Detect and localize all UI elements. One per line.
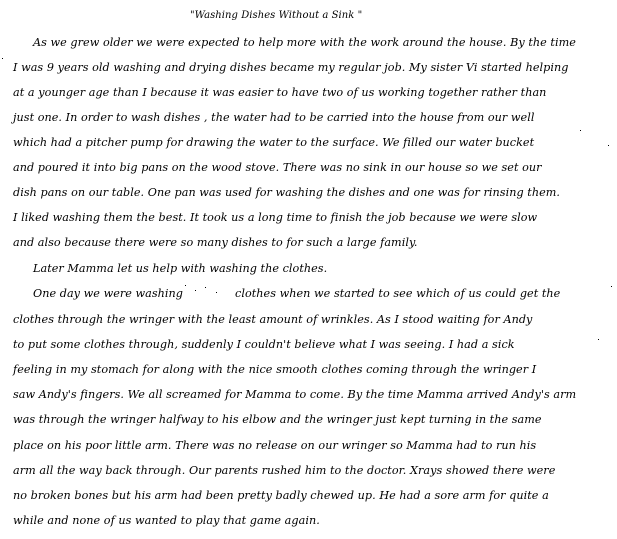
scan-speck — [611, 286, 612, 287]
text-line: place on his poor little arm. There was … — [13, 439, 536, 452]
scan-speck — [216, 292, 217, 293]
text-line: just one. In order to wash dishes , the … — [13, 111, 534, 124]
scan-speck — [608, 145, 609, 146]
document-title: "Washing Dishes Without a Sink " — [190, 10, 362, 21]
text-line: clothes through the wringer with the lea… — [13, 313, 532, 326]
text-line: was through the wringer halfway to his e… — [13, 413, 542, 426]
text-line: and poured it into big pans on the wood … — [13, 161, 542, 174]
scan-speck — [205, 287, 206, 288]
text-line: I was 9 years old washing and drying dis… — [13, 61, 568, 74]
text-line: One day we were washingclothes when we s… — [33, 287, 560, 300]
text-line: no broken bones but his arm had been pre… — [13, 489, 549, 502]
scan-speck — [580, 130, 581, 131]
text-line-end: clothes when we started to see which of … — [235, 287, 560, 300]
text-line: at a younger age than I because it was e… — [13, 86, 546, 99]
text-line: which had a pitcher pump for drawing the… — [13, 136, 534, 149]
text-line: and also because there were so many dish… — [13, 236, 417, 249]
text-line: while and none of us wanted to play that… — [13, 514, 320, 527]
scan-speck — [598, 339, 599, 340]
handwritten-document-page: "Washing Dishes Without a Sink " As we g… — [0, 0, 617, 539]
text-line: feeling in my stomach for along with the… — [13, 363, 536, 376]
scan-speck — [2, 58, 3, 59]
scan-speck — [195, 290, 196, 291]
text-line: arm all the way back through. Our parent… — [13, 464, 555, 477]
text-line-start: One day we were washing — [33, 287, 183, 300]
text-line: saw Andy's fingers. We all screamed for … — [13, 388, 576, 401]
scan-speck — [185, 285, 186, 286]
text-line: to put some clothes through, suddenly I … — [13, 338, 515, 351]
text-line: dish pans on our table. One pan was used… — [13, 186, 560, 199]
text-line: Later Mamma let us help with washing the… — [33, 262, 327, 275]
text-line: I liked washing them the best. It took u… — [13, 211, 537, 224]
text-line: As we grew older we were expected to hel… — [33, 36, 576, 49]
